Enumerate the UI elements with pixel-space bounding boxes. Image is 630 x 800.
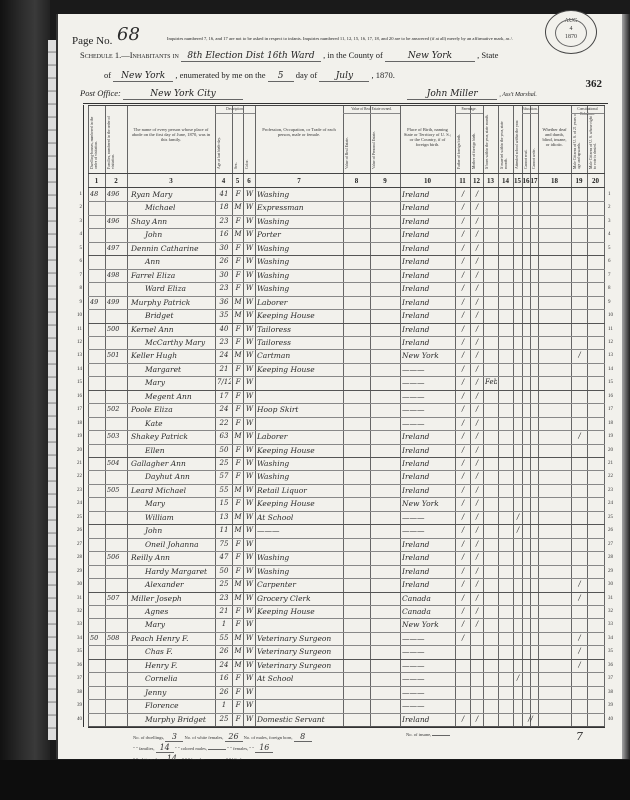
mother-foreign-cell: / — [472, 201, 482, 215]
occupation-cell: Domestic Servant — [257, 713, 342, 727]
column-number-6: 6 — [243, 177, 255, 185]
page-edge-tabs — [48, 40, 56, 740]
color-cell: W — [245, 323, 254, 337]
birthplace-cell: ——— — [402, 645, 454, 659]
vote-denied-cell — [589, 376, 603, 390]
birthplace-cell: New York — [402, 497, 454, 511]
table-row: 1717502Poole Eliza24FWHoop Skirt———// — [88, 403, 605, 417]
birth-month-cell — [485, 323, 497, 337]
male-citizen-cell: / — [573, 578, 586, 592]
male-citizen-cell — [573, 309, 586, 323]
family-number-cell — [107, 699, 126, 713]
cannot-read-cell: // — [524, 713, 537, 727]
county-field: New York — [385, 51, 475, 62]
line-number-left: 1 — [68, 188, 82, 201]
vote-denied-cell — [589, 497, 603, 511]
vote-denied-cell — [589, 309, 603, 323]
attended-school-cell — [515, 686, 521, 700]
dwelling-number-cell — [90, 686, 104, 700]
mother-foreign-cell: / — [472, 296, 482, 310]
cannot-read-cell — [524, 497, 537, 511]
color-cell: W — [245, 484, 254, 498]
cannot-read-cell — [524, 417, 537, 431]
white-females-value: 26 — [225, 732, 243, 742]
sex-cell: F — [234, 565, 242, 579]
line-number-right: 2 — [608, 201, 622, 214]
age-cell: 23 — [217, 592, 231, 606]
cannot-read-cell — [524, 551, 537, 565]
table-row: 1515Mary7/12FW———//Feb — [88, 376, 605, 390]
sex-cell: M — [234, 201, 242, 215]
dwelling-number-cell — [90, 282, 104, 296]
mother-foreign-cell: / — [472, 255, 482, 269]
birthplace-cell: ——— — [402, 376, 454, 390]
color-cell: W — [245, 444, 254, 458]
person-name-cell: John — [129, 524, 230, 538]
table-row: 1313501Keller Hugh24MWCartmanNew York/// — [88, 349, 605, 363]
stamp-month: AUG — [546, 17, 596, 25]
table-row: 3333Mary1FWNew York// — [88, 618, 605, 632]
column-header-13: If born within the year, state month. — [485, 113, 496, 169]
cannot-read-cell — [524, 632, 537, 646]
cannot-read-cell — [524, 457, 537, 471]
table-row: 2828506Reilly Ann47FWWashingIreland// — [88, 551, 605, 565]
table-row: 3939Florence1FW——— — [88, 699, 605, 713]
column-number-20: 20 — [587, 177, 604, 185]
dwelling-number-cell — [90, 323, 104, 337]
color-cell: W — [245, 618, 254, 632]
mother-foreign-cell: / — [472, 497, 482, 511]
book-binding-edge — [0, 0, 50, 800]
father-foreign-cell: / — [457, 457, 469, 471]
line-number-left: 37 — [68, 672, 82, 685]
cannot-read-cell — [524, 242, 537, 256]
person-name-cell: Shakey Patrick — [129, 430, 216, 444]
line-number-right: 7 — [608, 269, 622, 282]
page-id: 362 — [586, 78, 603, 90]
line-number-right: 34 — [608, 632, 622, 645]
age-cell: 40 — [217, 323, 231, 337]
column-header-3: The name of every person whose place of … — [130, 127, 212, 142]
colored-males-label: " " colored males, — [175, 746, 207, 751]
age-cell: 13 — [217, 511, 231, 525]
color-cell: W — [245, 457, 254, 471]
line-number-left: 6 — [68, 255, 82, 268]
color-cell: W — [245, 242, 254, 256]
line-number-left: 33 — [68, 618, 82, 631]
birth-month-cell — [485, 309, 497, 323]
line-number-left: 31 — [68, 592, 82, 605]
father-foreign-cell — [457, 645, 469, 659]
birthplace-cell: Ireland — [402, 484, 454, 498]
male-citizen-cell: / — [573, 430, 586, 444]
dwellings-value: 3 — [165, 732, 183, 742]
mother-foreign-cell: / — [472, 430, 482, 444]
birth-month-cell — [485, 215, 497, 229]
age-cell: 23 — [217, 215, 231, 229]
dwelling-number-cell — [90, 578, 104, 592]
sex-cell: M — [234, 349, 242, 363]
attended-school-cell — [515, 430, 521, 444]
age-cell: 23 — [217, 282, 231, 296]
sex-cell: F — [234, 551, 242, 565]
table-row: 1212McCarthy Mary23FWTailoressIreland// — [88, 336, 605, 350]
birth-month-cell — [485, 484, 497, 498]
mother-foreign-cell: / — [472, 551, 482, 565]
mother-foreign-cell: / — [472, 524, 482, 538]
age-cell: 16 — [217, 672, 231, 686]
marshal-label: , Ass't Marshal. — [499, 92, 537, 98]
color-cell: W — [245, 215, 254, 229]
cannot-read-cell — [524, 645, 537, 659]
person-name-cell: Cornelia — [129, 672, 230, 686]
cannot-read-cell — [524, 618, 537, 632]
attended-school-cell — [515, 713, 521, 727]
attended-school-cell — [515, 242, 521, 256]
color-cell: W — [245, 390, 254, 404]
sex-cell: F — [234, 699, 242, 713]
attended-school-cell — [515, 296, 521, 310]
column-header-1: Dwelling-houses, numbered in the order o… — [90, 113, 103, 169]
dwelling-number-cell — [90, 242, 104, 256]
vote-denied-cell — [589, 511, 603, 525]
birth-month-cell: Feb — [485, 376, 497, 390]
vote-denied-cell — [589, 390, 603, 404]
vote-denied-cell — [589, 363, 603, 377]
column-header-18: Whether deaf and dumb, blind, insane, or… — [541, 127, 568, 147]
attended-school-cell — [515, 457, 521, 471]
post-office-label: Post Office: — [80, 88, 121, 98]
cannot-read-cell — [524, 605, 537, 619]
header-rule — [88, 105, 605, 106]
column-header-6: Color. — [245, 113, 253, 169]
mother-foreign-cell — [472, 645, 482, 659]
sex-cell: F — [234, 403, 242, 417]
birthplace-cell: ——— — [402, 686, 454, 700]
birth-month-cell — [485, 470, 497, 484]
person-name-cell: William — [129, 511, 230, 525]
column-number-1: 1 — [88, 177, 105, 185]
line-number-right: 32 — [608, 605, 622, 618]
sex-cell: F — [234, 605, 242, 619]
table-row: 88Ward Eliza23FWWashingIreland// — [88, 282, 605, 296]
day-of-label: day of — [296, 70, 317, 80]
line-number-left: 17 — [68, 403, 82, 416]
father-foreign-cell: / — [457, 363, 469, 377]
male-citizen-cell — [573, 470, 586, 484]
sex-cell: M — [234, 632, 242, 646]
cannot-read-cell — [524, 376, 537, 390]
table-row: 2424Mary15FWKeeping HouseNew York// — [88, 497, 605, 511]
line-number-right: 1 — [608, 188, 622, 201]
occupation-cell — [257, 376, 342, 390]
females-foreign-value: 16 — [255, 743, 273, 753]
birthplace-cell: ——— — [402, 511, 454, 525]
dwelling-number-cell — [90, 363, 104, 377]
line-number-right: 22 — [608, 470, 622, 483]
county-label: , in the County of — [323, 50, 383, 60]
family-number-cell: 496 — [107, 188, 126, 202]
state-field: New York — [113, 71, 173, 82]
color-cell: W — [245, 430, 254, 444]
column-header-7: Profession, Occupation, or Trade of each… — [258, 127, 340, 137]
sex-cell: M — [234, 578, 242, 592]
colored-males-value — [208, 749, 226, 750]
father-foreign-cell: / — [457, 578, 469, 592]
birthplace-cell: Canada — [402, 592, 454, 606]
color-cell: W — [245, 511, 254, 525]
group-header-education: Education. — [522, 107, 538, 112]
birth-month-cell — [485, 188, 497, 202]
vote-denied-cell — [589, 618, 603, 632]
line-number-left: 38 — [68, 686, 82, 699]
family-number-cell — [107, 444, 126, 458]
vote-denied-cell — [589, 551, 603, 565]
line-number-right: 3 — [608, 215, 622, 228]
father-foreign-cell — [457, 686, 469, 700]
age-cell: 25 — [217, 457, 231, 471]
dwelling-number-cell — [90, 605, 104, 619]
dwelling-number-cell — [90, 511, 104, 525]
sex-cell: F — [234, 470, 242, 484]
vote-denied-cell — [589, 336, 603, 350]
male-citizen-cell — [573, 618, 586, 632]
table-row: 2626John11MW——————/// — [88, 524, 605, 538]
family-number-cell — [107, 376, 126, 390]
person-name-cell: Kate — [129, 417, 230, 431]
color-cell: W — [245, 376, 254, 390]
table-row: 2020Ellen50FWKeeping HouseIreland// — [88, 444, 605, 458]
line-number-left: 39 — [68, 699, 82, 712]
cannot-read-cell — [524, 511, 537, 525]
dwelling-number-cell — [90, 390, 104, 404]
cannot-read-cell — [524, 336, 537, 350]
dwelling-number-cell — [90, 592, 104, 606]
dwelling-number-cell — [90, 201, 104, 215]
male-citizen-cell — [573, 551, 586, 565]
column-number-10: 10 — [400, 177, 455, 185]
male-citizen-cell — [573, 686, 586, 700]
line-number-right: 35 — [608, 645, 622, 658]
mother-foreign-cell: / — [472, 538, 482, 552]
attended-school-cell — [515, 336, 521, 350]
line-number-left: 4 — [68, 228, 82, 241]
vote-denied-cell — [589, 457, 603, 471]
birth-month-cell — [485, 390, 497, 404]
color-cell: W — [245, 497, 254, 511]
mother-foreign-cell: / — [472, 269, 482, 283]
group-header-parentage: Parentage. — [455, 107, 483, 112]
birthplace-cell: Ireland — [402, 296, 454, 310]
line-number-left: 13 — [68, 349, 82, 362]
father-foreign-cell — [457, 672, 469, 686]
birth-month-cell — [485, 578, 497, 592]
sex-cell: M — [234, 309, 242, 323]
family-number-cell: 496 — [107, 215, 126, 229]
attended-school-cell — [515, 484, 521, 498]
mother-foreign-cell: / — [472, 403, 482, 417]
occupation-cell — [257, 390, 342, 404]
person-name-cell: Reilly Ann — [129, 551, 216, 565]
birthplace-cell: Ireland — [402, 457, 454, 471]
vote-denied-cell — [589, 672, 603, 686]
mother-foreign-cell: / — [472, 578, 482, 592]
attended-school-cell — [515, 497, 521, 511]
mother-foreign-cell: / — [472, 376, 482, 390]
dwelling-number-cell — [90, 309, 104, 323]
sex-cell: F — [234, 336, 242, 350]
occupation-cell: Grocery Clerk — [257, 592, 342, 606]
person-name-cell: Farrel Eliza — [129, 269, 216, 283]
dwelling-number-cell — [90, 524, 104, 538]
column-number-3: 3 — [127, 177, 215, 185]
occupation-cell — [257, 417, 342, 431]
age-cell: 24 — [217, 659, 231, 673]
birthplace-cell: Ireland — [402, 282, 454, 296]
age-cell: 22 — [217, 417, 231, 431]
occupation-cell — [257, 538, 342, 552]
birth-month-cell — [485, 336, 497, 350]
mother-foreign-cell: / — [472, 444, 482, 458]
dwelling-number-cell — [90, 645, 104, 659]
family-number-cell — [107, 578, 126, 592]
person-name-cell: Keller Hugh — [129, 349, 216, 363]
vote-denied-cell — [589, 484, 603, 498]
person-name-cell: Mary — [129, 497, 230, 511]
table-row: 1616Megent Ann17FW———// — [88, 390, 605, 404]
male-citizen-cell — [573, 255, 586, 269]
post-office-line: Post Office: New York City John Miller ,… — [80, 88, 537, 100]
male-citizen-cell — [573, 457, 586, 471]
color-cell: W — [245, 228, 254, 242]
line-number-left: 16 — [68, 390, 82, 403]
district-field: 8th Election Dist 16th Ward — [181, 51, 321, 62]
male-citizen-cell: / — [573, 659, 586, 673]
age-cell: 55 — [217, 484, 231, 498]
state-label: , State — [477, 50, 498, 60]
vote-denied-cell — [589, 242, 603, 256]
sex-cell: M — [234, 228, 242, 242]
birthplace-cell: Ireland — [402, 188, 454, 202]
family-number-cell — [107, 713, 126, 727]
family-number-cell: 501 — [107, 349, 126, 363]
father-foreign-cell: / — [457, 538, 469, 552]
attended-school-cell — [515, 551, 521, 565]
age-cell: 41 — [217, 188, 231, 202]
person-name-cell: Ward Eliza — [129, 282, 230, 296]
birthplace-cell: Ireland — [402, 201, 454, 215]
attended-school-cell — [515, 659, 521, 673]
family-number-cell — [107, 282, 126, 296]
male-citizen-cell — [573, 323, 586, 337]
attended-school-cell — [515, 255, 521, 269]
dwelling-number-cell — [90, 713, 104, 727]
line-number-left: 30 — [68, 578, 82, 591]
color-cell: W — [245, 699, 254, 713]
father-foreign-cell: / — [457, 618, 469, 632]
father-foreign-cell: / — [457, 565, 469, 579]
cannot-read-cell — [524, 282, 537, 296]
family-number-cell: 507 — [107, 592, 126, 606]
mother-foreign-cell: / — [472, 228, 482, 242]
mother-foreign-cell: / — [472, 484, 482, 498]
line-number-left: 28 — [68, 551, 82, 564]
family-number-cell: 505 — [107, 484, 126, 498]
table-row: 3636Henry F.24MWVeterinary Surgeon———/ — [88, 659, 605, 673]
mother-foreign-cell: / — [472, 349, 482, 363]
page-number-label: Page No. — [72, 35, 112, 47]
vote-denied-cell — [589, 323, 603, 337]
age-cell: 55 — [217, 632, 231, 646]
cannot-read-cell — [524, 524, 537, 538]
male-citizen-cell — [573, 605, 586, 619]
attended-school-cell — [515, 444, 521, 458]
person-name-cell: Shay Ann — [129, 215, 216, 229]
male-citizen-cell — [573, 269, 586, 283]
occupation-cell: Washing — [257, 282, 342, 296]
enumeration-line: of New York , enumerated by me on the 5 … — [104, 70, 395, 82]
line-number-right: 15 — [608, 376, 622, 389]
father-foreign-cell: / — [457, 444, 469, 458]
dwellings-label: No. of dwellings, — [133, 735, 164, 740]
birthplace-cell: New York — [402, 349, 454, 363]
cannot-read-cell — [524, 699, 537, 713]
birthplace-cell: Ireland — [402, 538, 454, 552]
father-foreign-cell: / — [457, 282, 469, 296]
family-number-cell — [107, 511, 126, 525]
occupation-cell: Veterinary Surgeon — [257, 645, 342, 659]
line-number-right: 5 — [608, 242, 622, 255]
male-citizen-cell — [573, 363, 586, 377]
color-cell: W — [245, 672, 254, 686]
father-foreign-cell: / — [457, 201, 469, 215]
family-number-cell — [107, 228, 126, 242]
mother-foreign-cell — [472, 632, 482, 646]
attended-school-cell — [515, 228, 521, 242]
vote-denied-cell — [589, 645, 603, 659]
color-cell: W — [245, 417, 254, 431]
vote-denied-cell — [589, 255, 603, 269]
family-number-cell: 504 — [107, 457, 126, 471]
mother-foreign-cell — [472, 699, 482, 713]
line-number-left: 35 — [68, 645, 82, 658]
attended-school-cell — [515, 282, 521, 296]
column-header-5: Sex. — [234, 113, 241, 169]
cannot-read-cell — [524, 255, 537, 269]
dwelling-number-cell: 50 — [90, 632, 104, 646]
vote-denied-cell — [589, 699, 603, 713]
column-header-9: Value of Personal Estate. — [372, 113, 398, 169]
line-number-right: 13 — [608, 349, 622, 362]
person-name-cell: Ann — [129, 255, 230, 269]
column-number-13: 13 — [483, 177, 498, 185]
birth-month-cell — [485, 403, 497, 417]
mother-foreign-cell: / — [472, 592, 482, 606]
table-row: 3030Alexander25MWCarpenterIreland/// — [88, 578, 605, 592]
occupation-cell: Washing — [257, 269, 342, 283]
line-number-right: 20 — [608, 444, 622, 457]
dwelling-number-cell — [90, 255, 104, 269]
cannot-read-cell — [524, 659, 537, 673]
header-rule — [88, 173, 605, 174]
birthplace-cell: ——— — [402, 417, 454, 431]
person-name-cell: Megent Ann — [129, 390, 230, 404]
totals-rule — [88, 727, 605, 728]
occupation-cell: Keeping House — [257, 309, 342, 323]
line-number-right: 39 — [608, 699, 622, 712]
attended-school-cell — [515, 188, 521, 202]
person-name-cell: Margaret — [129, 363, 230, 377]
